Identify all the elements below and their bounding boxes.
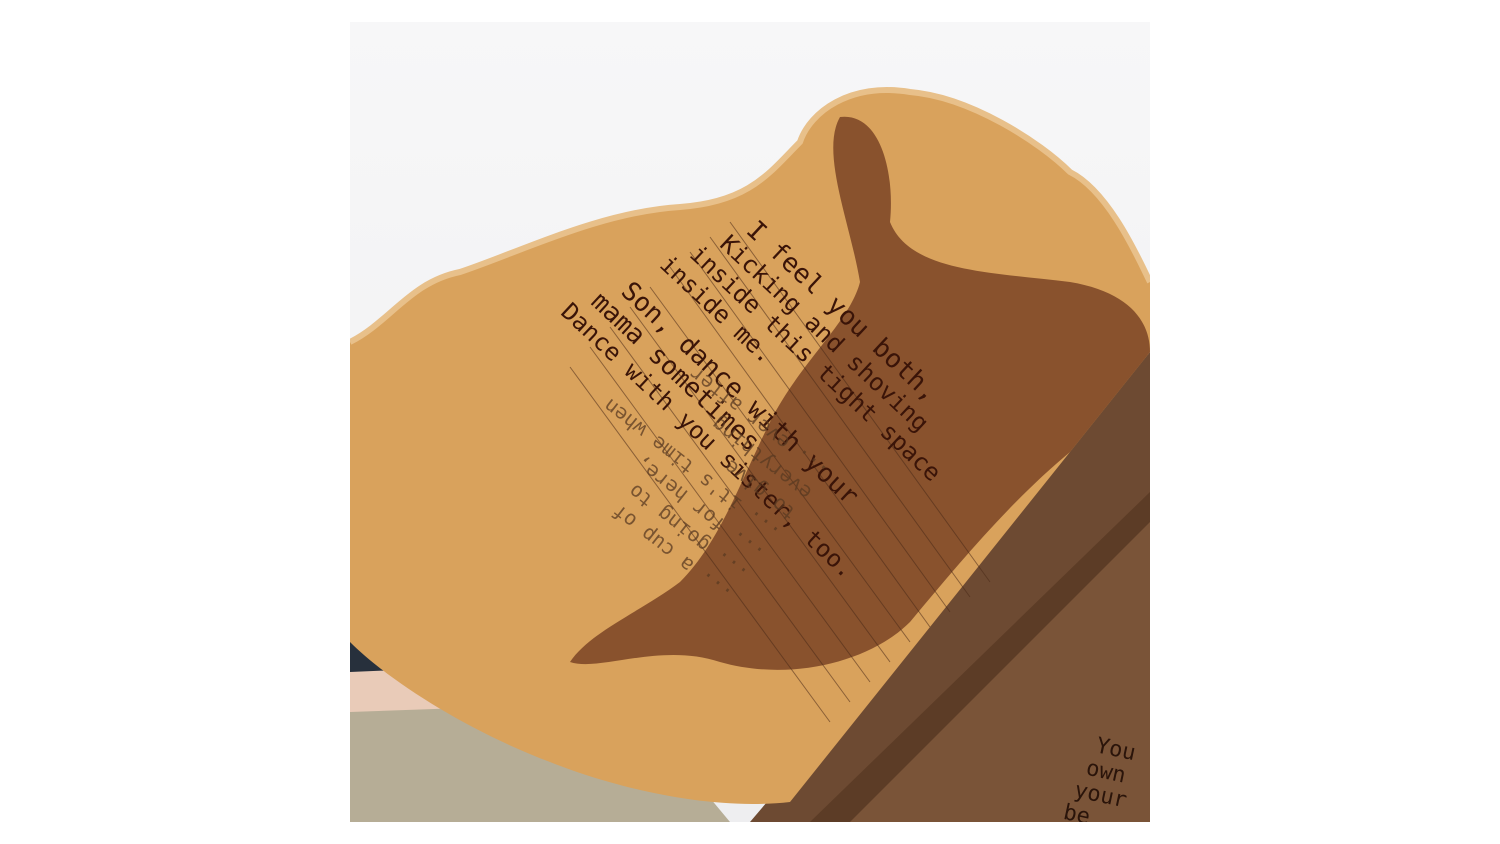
book-photo: I feel you both, Kicking and shoving ins… [350,22,1150,822]
book-illustration: I feel you both, Kicking and shoving ins… [350,22,1150,822]
